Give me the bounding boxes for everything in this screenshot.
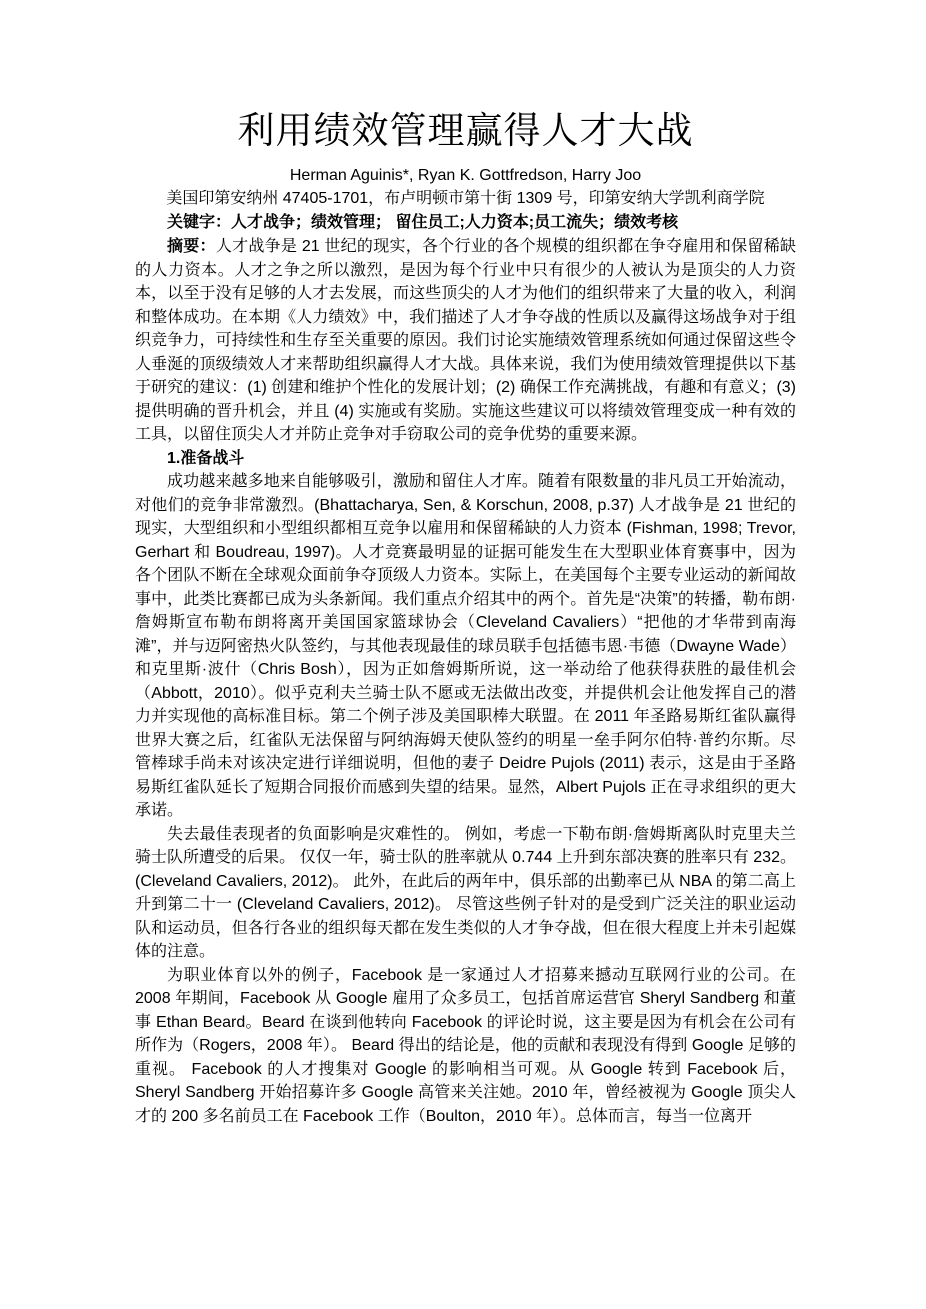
keywords-label: 关键字： xyxy=(167,214,231,231)
paper-page: 利用绩效管理赢得人才大战 Herman Aguinis*, Ryan K. Go… xyxy=(0,0,926,1309)
section-1-heading: 1.准备战斗 xyxy=(135,447,796,471)
keywords-line: 关键字：人才战争；绩效管理； 留住员工;人力资本;员工流失；绩效考核 xyxy=(135,211,796,235)
section-1-paragraph-1: 成功越来越多地来自能够吸引，激励和留住人才库。随着有限数量的非凡员工开始流动，对… xyxy=(135,470,796,823)
abstract-label: 摘要： xyxy=(167,238,216,255)
keywords-text: 人才战争；绩效管理； 留住员工;人力资本;员工流失；绩效考核 xyxy=(231,214,678,231)
paper-content: 利用绩效管理赢得人才大战 Herman Aguinis*, Ryan K. Go… xyxy=(135,106,796,1128)
section-1-paragraph-3: 为职业体育以外的例子，Facebook 是一家通过人才招募来撼动互联网行业的公司… xyxy=(135,964,796,1129)
abstract-text: 人才战争是 21 世纪的现实，各个行业的各个规模的组织都在争夺雇用和保留稀缺的人… xyxy=(135,238,796,443)
authors-line: Herman Aguinis*, Ryan K. Gottfredson, Ha… xyxy=(135,164,796,187)
page-title: 利用绩效管理赢得人才大战 xyxy=(135,106,796,156)
abstract-paragraph: 摘要：人才战争是 21 世纪的现实，各个行业的各个规模的组织都在争夺雇用和保留稀… xyxy=(135,235,796,447)
affiliation-line: 美国印第安纳州 47405-1701，布卢明顿市第十街 1309 号，印第安纳大… xyxy=(135,187,796,211)
section-1-paragraph-2: 失去最佳表现者的负面影响是灾难性的。 例如，考虑一下勒布朗·詹姆斯离队时克里夫兰… xyxy=(135,823,796,964)
